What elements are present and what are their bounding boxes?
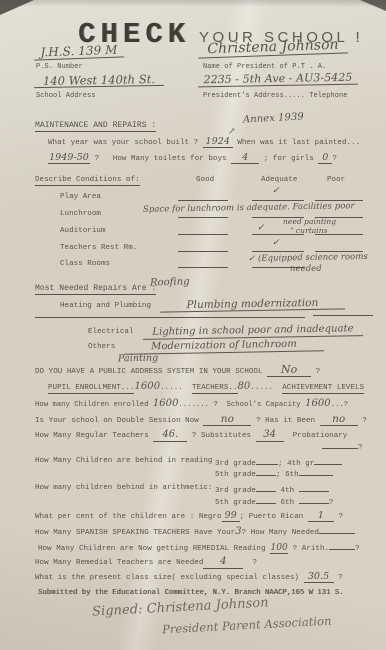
pa-system-value: No (267, 364, 311, 377)
blank-field (252, 200, 304, 201)
puerto-rican-percent-value: 1 (308, 511, 334, 522)
reading-line: How Many Children are behind in reading (35, 457, 212, 465)
ps-number-label: P.S. Number (36, 63, 83, 71)
regular-teachers-value: 46. (153, 430, 187, 442)
regular-teachers-line: How Many Regular Teachers 46. ? Substitu… (35, 430, 347, 442)
ps-number-field: J.H.S. 139 M (34, 45, 124, 59)
blank-field (299, 496, 329, 504)
remedial-reading-value: 100 (270, 544, 288, 554)
signature-line: Signed: Christena Johnson (92, 595, 269, 619)
enrolled-value: 1600 (153, 398, 179, 409)
signature-title: President Parent Association (162, 614, 332, 637)
blank-field (315, 234, 363, 235)
ps-number-value: J.H.S. 139 M (34, 43, 124, 60)
school-address-field: 140 West 140th St. (34, 74, 164, 87)
class-size-value: 30.5 (304, 572, 334, 583)
auditorium-checkmark: ✓ (257, 223, 265, 233)
teachers-rest-checkmark: ✓ (272, 238, 280, 248)
arith-grades-2: 5th grade 6th ? (215, 496, 333, 507)
built-value: 1924 (203, 137, 233, 148)
blank-field (329, 542, 355, 550)
maintenance-heading: MAINTENANCE AND REPAIRS : (35, 121, 156, 130)
remedial-reading-line: How Many Children are Now getting REMEDI… (38, 542, 360, 554)
arith-grades-1: 3rd grade 4th (215, 484, 329, 495)
submitted-line: Submitted by the Educational Committee, … (38, 589, 343, 597)
enrollment-heading-line: PUPIL ENROLLMENT...1600..... TEACHERS..8… (48, 381, 364, 392)
blank-field (252, 251, 304, 252)
signature-value: Christena Johnson (146, 595, 269, 616)
pupil-enrollment-value: 1600 (134, 381, 160, 392)
row-lunchroom-label: Lunchroom (60, 210, 101, 218)
scan-corner-left (0, 0, 34, 15)
play-area-checkmark: ✓ (272, 186, 280, 196)
painted-toilets-line: 1949-50 ? How Many toilets for boys 4 ; … (48, 153, 337, 164)
annex-note: Annex 1939 (243, 111, 304, 125)
class-rooms-note-2: needed (290, 264, 322, 274)
president-name-field: Christena Johnson (198, 40, 348, 56)
teachers-count-value: 80 (238, 381, 251, 392)
president-address-value: 2235 - 5th Ave - AU3-5425 (198, 72, 358, 87)
scanned-form: CHECK YOUR SCHOOL ! J.H.S. 139 M P.S. Nu… (0, 0, 386, 650)
blank-field (299, 468, 333, 476)
been-value: no (320, 414, 358, 426)
reading-grades-2: 5th grade; 6th (215, 468, 333, 479)
double-session-line: Is Your school on Double Session Now no … (35, 414, 367, 426)
spanish-teachers-line: How Many SPANISH SPEAKING TEACHERS Have … (35, 526, 355, 537)
reading-grades-1: 3rd grade; 4th gr (215, 457, 342, 468)
blank-field (252, 234, 304, 235)
class-rooms-note-1: ✓ (Equipped science rooms (248, 252, 368, 264)
president-name-label: Name of President of P.T . A. (203, 63, 326, 71)
blank-field (256, 457, 278, 465)
built-question-line: What year was your school built ? 1924 W… (48, 137, 360, 148)
class-size-line: What is the present class size( excludin… (35, 572, 343, 583)
row-teachers-rest-label: Teachers Rest Rm. (60, 244, 137, 252)
negro-percent-value: 99 (222, 511, 240, 522)
scan-corner-right (360, 0, 386, 11)
others-value-2: Painting (118, 353, 158, 365)
capacity-value: 1600 (305, 398, 331, 409)
blank-field (322, 441, 358, 449)
heating-line: Heating and Plumbing Plumbing modernizat… (60, 299, 345, 311)
blank-field (178, 234, 228, 235)
school-address-value: 140 West 140th St. (34, 73, 164, 88)
blank-field (256, 484, 276, 492)
painted-value: 1949-50 (48, 153, 90, 164)
blank-field (256, 468, 276, 476)
arithmetic-line: How many children behind in arithmetic: (35, 484, 212, 492)
repairs-heading: Most Needed Repairs Are : (35, 284, 156, 293)
toilets-girls-value: 0 (318, 153, 332, 164)
lunchroom-note: Space for lunchroom is adequate. Facilit… (143, 201, 355, 215)
repairs-heading-value: Roofing (150, 276, 190, 288)
president-address-label: President's Address..... Telephone (203, 92, 348, 100)
electrical-value: Lighting in school poor and inadequate (143, 324, 363, 339)
heating-value: Plumbing modernization (160, 297, 345, 312)
blank-field (178, 217, 228, 218)
blank-field (314, 457, 342, 465)
row-auditorium-label: Auditorium (60, 227, 106, 235)
substitutes-value: 34 (256, 430, 284, 442)
blank-field (299, 484, 329, 492)
blank-field (178, 251, 228, 252)
conditions-heading: Describe Conditions of: (35, 176, 140, 184)
col-adequate: Adequate (261, 176, 297, 184)
probationary-blank-line: ? (322, 441, 363, 452)
col-good: Good (196, 176, 214, 184)
others-line: Others Modernization of lunchroom (88, 341, 324, 353)
pa-system-line: DO YOU HAVE A PUBLIC ADDRESS SYSTEM IN Y… (35, 364, 320, 377)
remedial-teachers-line: How Many Remedial Teachers are Needed4 ? (35, 557, 257, 569)
enrolled-line: How many Children enrolled 1600....... ?… (35, 398, 348, 409)
blank-field (319, 526, 355, 534)
blank-field (256, 496, 276, 504)
president-name-value: Christena Johnson (198, 37, 348, 58)
section-divider (313, 315, 373, 316)
president-address-field: 2235 - 5th Ave - AU3-5425 (198, 73, 358, 86)
toilets-boys-value: 4 (231, 153, 259, 164)
row-play-area-label: Play Area (60, 193, 101, 201)
remedial-teachers-value: 4 (203, 557, 243, 569)
blank-field (178, 267, 228, 268)
blank-field (252, 267, 304, 268)
electrical-line: Electrical Lighting in school poor and i… (88, 326, 363, 338)
blank-field (178, 200, 228, 201)
auditorium-note-1: need painting (283, 217, 336, 226)
percent-line: What per cent of the children are : Negr… (35, 511, 343, 522)
row-class-rooms-label: Class Rooms (60, 260, 110, 268)
double-session-value: no (203, 414, 251, 426)
col-poor: Poor (327, 176, 345, 184)
school-address-label: School Address (36, 92, 96, 100)
section-divider (35, 317, 305, 318)
